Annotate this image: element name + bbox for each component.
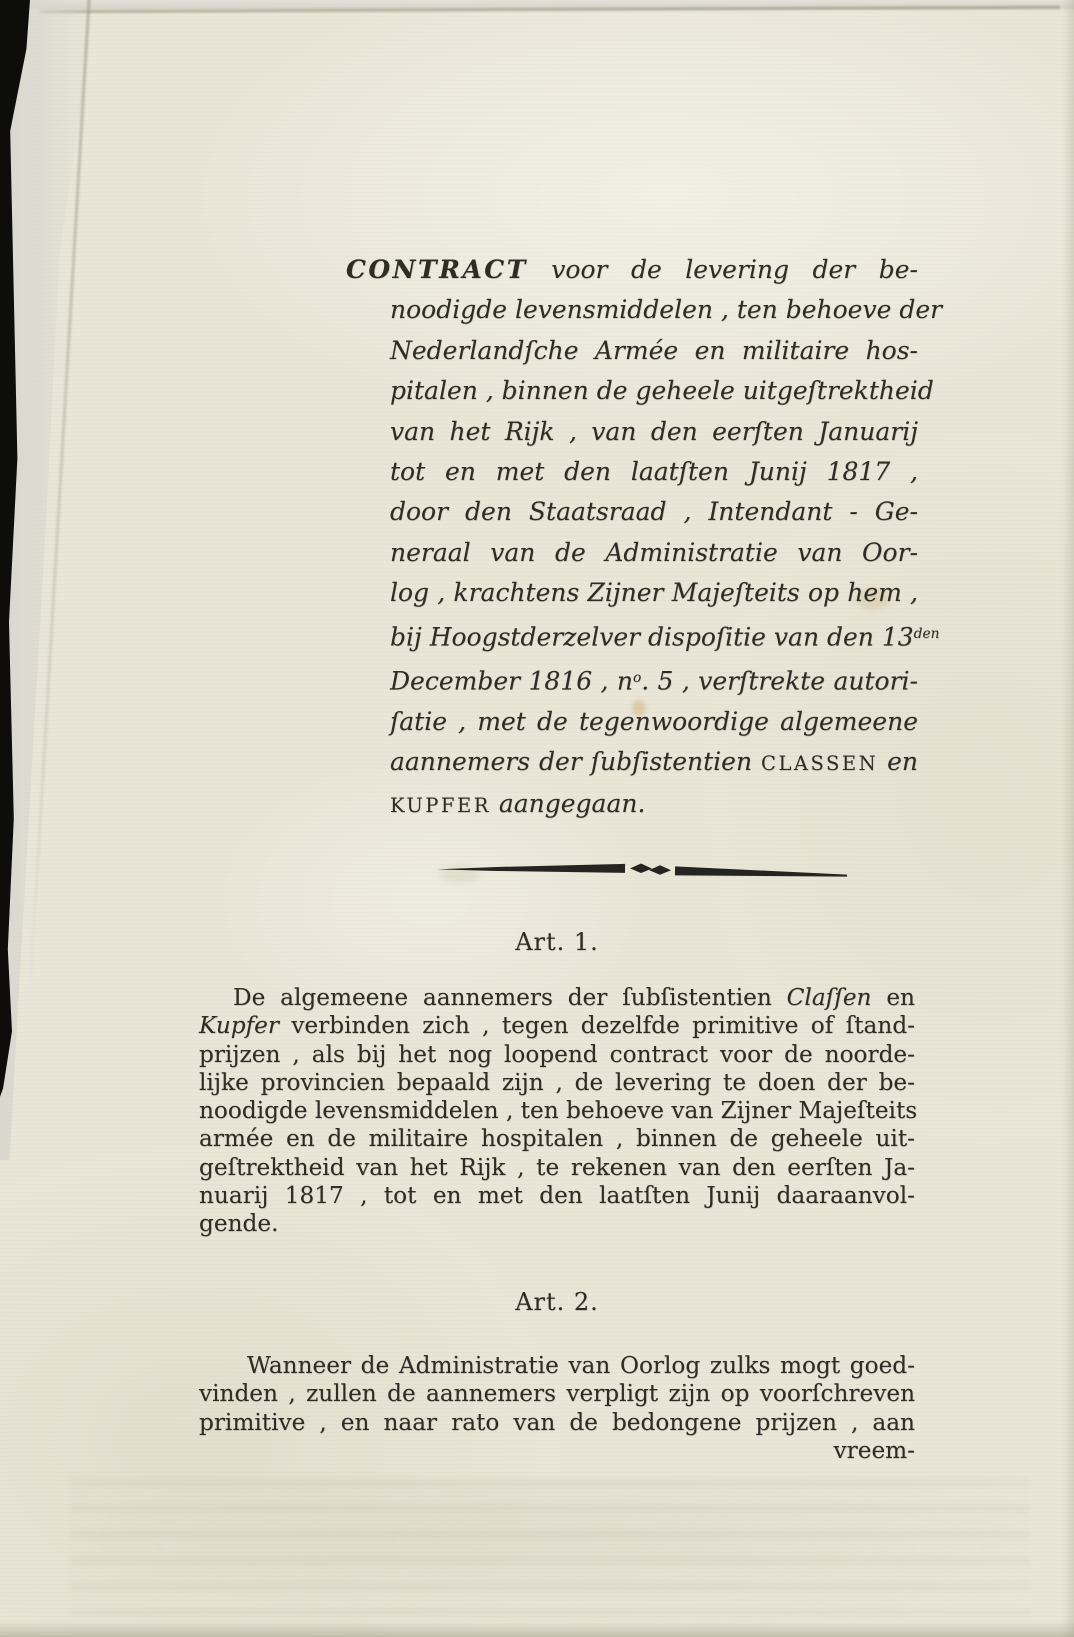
- title-line: door den Staatsraad , Intendant - Ge-: [390, 492, 918, 532]
- article-2-paragraph: Wanneer de Administratie van Oorlog zulk…: [199, 1352, 915, 1465]
- body-line: vinden , zullen de aannemers verpligt zi…: [199, 1380, 915, 1408]
- title-line: van het Rijk , van den eerſten Januarij: [390, 412, 918, 452]
- title-word-contract: CONTRACT: [346, 255, 528, 284]
- title-line: aannemers der ſubſistentien CLASSEN en: [390, 742, 918, 784]
- article-2-heading: Art. 2.: [199, 1288, 915, 1316]
- paper-deckle-edge: [0, 0, 96, 1160]
- document-page: CONTRACT voor de levering der be- noodig…: [0, 0, 1074, 1637]
- title-line: log , krachtens Zijner Majeſteits op hem…: [390, 573, 918, 613]
- title-line: ſatie , met de tegenwoordige algemeene: [390, 702, 918, 742]
- article-1-paragraph: De algemeene aannemers der ſubſistentien…: [199, 984, 915, 1239]
- contractor-name-classen: Claſſen: [787, 984, 872, 1011]
- title-line: noodigde levensmiddelen , ten behoeve de…: [390, 290, 918, 330]
- title-line: neraal van de Administratie van Oor-: [390, 533, 918, 573]
- superscript: den: [914, 626, 940, 642]
- article-1-heading: Art. 1.: [199, 928, 915, 956]
- body-line: lijke provincien bepaald zijn , de lever…: [199, 1069, 915, 1097]
- contractor-name-kupfer: Kupfer: [199, 1012, 279, 1039]
- title-line: CONTRACT voor de levering der be-: [346, 250, 918, 290]
- title-line: tot en met den laatſten Junij 1817 ,: [390, 452, 918, 492]
- body-line: prijzen , als bij het nog loopend contra…: [199, 1041, 915, 1069]
- body-line: Kupfer verbinden zich , tegen dezelfde p…: [199, 1012, 915, 1040]
- section-divider-ornament: [437, 856, 847, 886]
- title-line: bij Hoogstderzelver dispoſitie van den 1…: [390, 614, 918, 658]
- superscript: o: [633, 670, 641, 686]
- title-block: CONTRACT voor de levering der be- noodig…: [390, 250, 918, 827]
- contractor-name-classen: CLASSEN: [761, 752, 878, 775]
- body-line: geſtrektheid van het Rijk , te rekenen v…: [199, 1154, 915, 1182]
- body-line: armée en de militaire hospitalen , binne…: [199, 1125, 915, 1153]
- body-line: nuarij 1817 , tot en met den laatſten Ju…: [199, 1182, 915, 1210]
- title-line: Nederlandſche Armée en militaire hos-: [390, 331, 918, 371]
- catchword: vreem-: [199, 1437, 915, 1465]
- body-line: De algemeene aannemers der ſubſistentien…: [199, 984, 915, 1012]
- reverse-page-showthrough: [70, 1478, 1030, 1628]
- paper-right-shade: [1062, 0, 1074, 1637]
- title-line: December 1816 , no. 5 , verſtrekte autor…: [390, 658, 918, 702]
- body-line: gende.: [199, 1210, 915, 1238]
- title-line: KUPFER aangegaan.: [390, 784, 918, 826]
- title-line: pitalen , binnen de geheele uitgeſtrekth…: [390, 371, 918, 411]
- body-line: Wanneer de Administratie van Oorlog zulk…: [199, 1352, 915, 1380]
- body-line: noodigde levensmiddelen , ten behoeve va…: [199, 1097, 915, 1125]
- contractor-name-kupfer: KUPFER: [390, 794, 491, 817]
- body-line: primitive , en naar rato van de bedongen…: [199, 1409, 915, 1437]
